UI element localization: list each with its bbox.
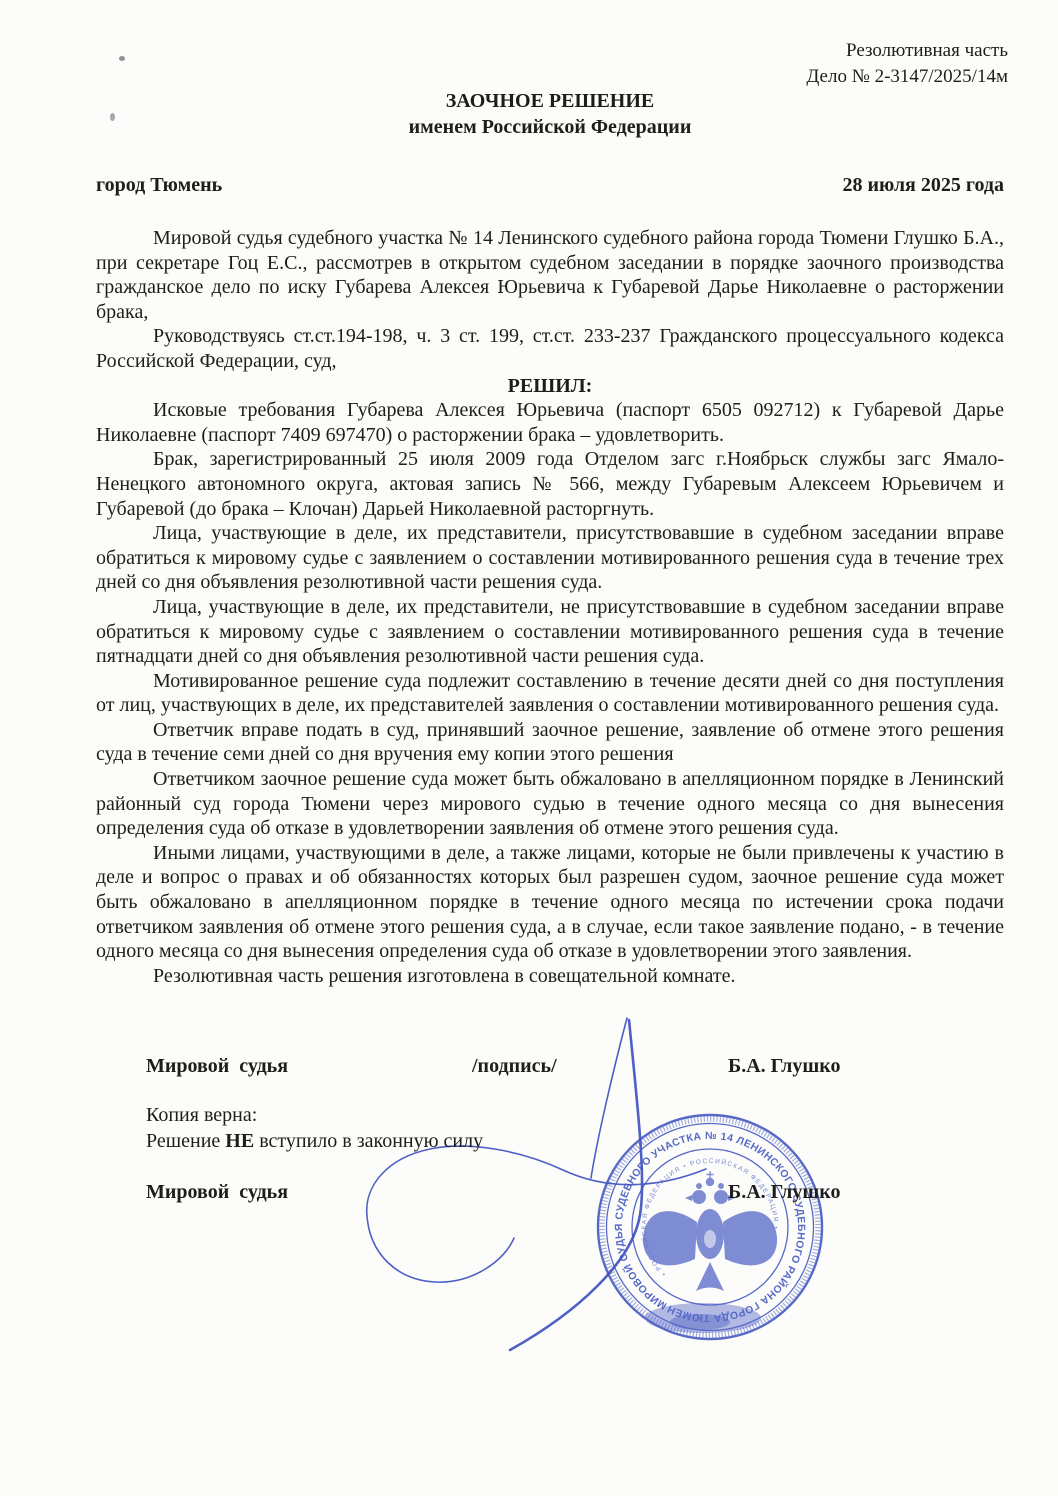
signature-mark: /подпись/ — [472, 1055, 557, 1078]
seal-ink-smudge — [645, 1303, 761, 1333]
resolution-paragraph: Ответчиком заочное решение суда может бы… — [96, 767, 1004, 841]
intro-paragraph: Руководствуясь ст.ст.194-198, ч. 3 ст. 1… — [96, 324, 1004, 373]
decision-body: Мировой судья судебного участка № 14 Лен… — [96, 226, 1004, 988]
meta-row: город Тюмень 28 июля 2025 года — [96, 174, 1004, 197]
date-label: 28 июля 2025 года — [843, 174, 1004, 197]
intro-paragraph: Мировой судья судебного участка № 14 Лен… — [96, 226, 1004, 324]
scan-speck — [119, 56, 125, 61]
resolution-paragraph: Лица, участвующие в деле, их представите… — [96, 521, 1004, 595]
resolution-paragraph: Брак, зарегистрированный 25 июля 2009 го… — [96, 447, 1004, 521]
city-label: город Тюмень — [96, 174, 222, 197]
resolution-paragraph: Резолютивная часть решения изготовлена в… — [96, 964, 1004, 989]
eagle-center-crown — [706, 1178, 714, 1186]
case-number: Дело № 2-3147/2025/14м — [806, 64, 1008, 90]
eagle-right-wing — [723, 1211, 777, 1265]
judge-name-row2: Б.А. Глушко — [728, 1181, 841, 1204]
judge-role-label: Мировой судья — [146, 1055, 288, 1077]
legal-force-status: Решение НЕ вступило в законную силу — [146, 1130, 483, 1153]
eagle-left-wing — [643, 1211, 697, 1265]
title-line-1: ЗАОЧНОЕ РЕШЕНИЕ — [96, 88, 1004, 114]
seal-inner-ring-text-holder: • РОССИЙСКАЯ ФЕДЕРАЦИЯ • РОССИЙСКАЯ ФЕДЕ… — [640, 1157, 779, 1277]
resolution-paragraph: Мотивированное решение суда подлежит сос… — [96, 669, 1004, 718]
document-title: ЗАОЧНОЕ РЕШЕНИЕ именем Российской Федера… — [96, 88, 1004, 140]
eagle-right-head — [714, 1190, 728, 1204]
status-suffix: вступило в законную силу — [254, 1130, 483, 1152]
header-right-block: Резолютивная часть Дело № 2-3147/2025/14… — [806, 38, 1008, 90]
resolution-paragraph: Исковые требования Губарева Алексея Юрье… — [96, 398, 1004, 447]
seal-middle-circle — [632, 1149, 788, 1305]
status-emphasis: НЕ — [225, 1130, 254, 1152]
signature-stroke — [591, 1018, 627, 1178]
status-prefix: Решение — [146, 1130, 225, 1152]
eagle-right-crown — [718, 1183, 724, 1189]
resolution-paragraph: Ответчик вправе подать в суд, принявший … — [96, 718, 1004, 767]
copy-note: Копия верна: — [146, 1104, 257, 1127]
seal-microtext-ring — [602, 1119, 818, 1335]
judge-name-row1: Б.А. Глушко — [728, 1055, 841, 1078]
eagle-body — [696, 1209, 724, 1259]
resolution-heading: РЕШИЛ: — [96, 374, 1004, 399]
eagle-chest-shield — [704, 1230, 716, 1248]
seal-outer-inner-circle — [607, 1124, 814, 1331]
seal-ink-smudge — [670, 1314, 730, 1330]
title-line-2: именем Российской Федерации — [96, 114, 1004, 140]
eagle-left-beak — [685, 1195, 692, 1201]
eagle-left-crown — [696, 1183, 702, 1189]
judge-role-row2: Мировой судья — [146, 1181, 288, 1204]
judge-role-label: Мировой судья — [146, 1181, 288, 1203]
signature-stroke — [367, 1146, 706, 1282]
resolution-paragraph: Иными лицами, участвующими в деле, а так… — [96, 841, 1004, 964]
resolutive-part-label: Резолютивная часть — [806, 38, 1008, 64]
scanned-court-decision-page: Резолютивная часть Дело № 2-3147/2025/14… — [0, 0, 1058, 1496]
seal-outer-circle — [598, 1115, 822, 1339]
resolution-paragraph: Лица, участвующие в деле, их представите… — [96, 595, 1004, 669]
eagle-crown-cross — [707, 1171, 714, 1178]
eagle-left-head — [692, 1190, 706, 1204]
judge-role-row1: Мировой судья — [146, 1055, 288, 1078]
eagle-tail — [696, 1262, 724, 1291]
seal-inner-ring-text: • РОССИЙСКАЯ ФЕДЕРАЦИЯ • РОССИЙСКАЯ ФЕДЕ… — [640, 1157, 779, 1277]
